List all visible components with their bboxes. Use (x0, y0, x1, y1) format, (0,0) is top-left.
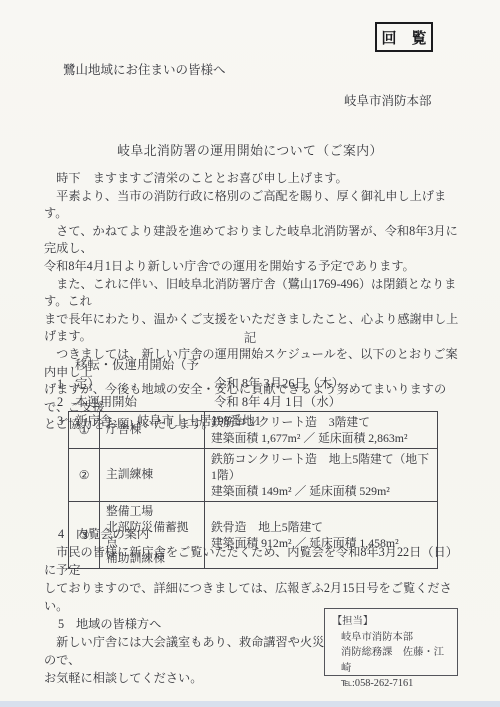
section-number: 5 (58, 615, 76, 633)
ki-marker: 記 (0, 328, 500, 346)
section-number: 4 (58, 525, 76, 543)
contact-box: 【担当】 岐阜市消防本部 消防総務課 佐藤・江崎 ℡:058-262-7161 (324, 608, 458, 676)
building-structure: 鉄筋コンクリート造 地上5階建て（地下1階） (211, 451, 431, 483)
building-structure: 鉄筋コンクリート造 3階建て (211, 414, 431, 430)
contact-org: 岐阜市消防本部 (341, 630, 450, 646)
section-heading-text: 地域の皆様方へ (76, 617, 161, 631)
building-name: 主訓練棟 (100, 449, 205, 502)
schedule-item-number: 2 (57, 393, 75, 412)
contact-tel: ℡:058-262-7161 (341, 676, 450, 692)
section-line: 市民の皆様に新庁舎をご覧いただくため、内覧会を令和8年3月22日（日）に予定 (44, 543, 466, 579)
body-line: 令和8年4月1日より新しい庁舎での運用を開始する予定であります。 (44, 258, 462, 276)
scan-edge-strip (0, 701, 500, 707)
recipient-line: 鷺山地域にお住まいの皆様へ (63, 60, 226, 78)
building-number: ① (69, 412, 100, 449)
body-line: 時下 ますますご清栄のこととお喜び申し上げます。 (44, 170, 462, 188)
building-detail: 鉄筋コンクリート造 3階建て 建築面積 1,677m² ／ 延床面積 2,863… (205, 412, 438, 449)
schedule-item-label: 本運用開始 (75, 393, 214, 412)
building-detail: 鉄筋コンクリート造 地上5階建て（地下1階） 建築面積 149m² ／ 延床面積… (205, 449, 438, 502)
body-line: また、これに伴い、旧岐阜北消防署庁舎（鷺山1769-496）は閉鎖となります。こ… (44, 276, 462, 311)
building-number: ② (69, 449, 100, 502)
schedule-item: 2本運用開始令和 8年 4月 1日（水） (57, 393, 344, 412)
scanned-notice-page: 回 覧 鷺山地域にお住まいの皆様へ 岐阜市消防本部 岐阜北消防署の運用開始につい… (0, 0, 500, 707)
schedule-item-number: 1 (57, 375, 75, 394)
kairan-circulation-stamp: 回 覧 (375, 22, 433, 52)
table-row: ① 庁舎棟 鉄筋コンクリート造 3階建て 建築面積 1,677m² ／ 延床面積… (69, 412, 438, 449)
building-area: 建築面積 149m² ／ 延床面積 529m² (211, 483, 431, 499)
building-name: 庁舎棟 (100, 412, 205, 449)
schedule-item-value: 令和 8年 3月26日（木） (214, 377, 344, 391)
schedule-item: 1移転・仮運用開始（予定）令和 8年 3月26日（木） (57, 356, 344, 393)
section-heading: 4内覧会の案内 (44, 525, 466, 543)
table-row: ② 主訓練棟 鉄筋コンクリート造 地上5階建て（地下1階） 建築面積 149m²… (69, 449, 438, 502)
body-line: 平素より、当市の消防行政に格別のご高配を賜り、厚く御礼申し上げます。 (44, 188, 462, 223)
building-area: 建築面積 1,677m² ／ 延床面積 2,863m² (211, 430, 431, 446)
contact-dept: 消防総務課 佐藤・江崎 (341, 645, 450, 676)
schedule-item-label: 移転・仮運用開始（予定） (75, 356, 214, 393)
document-title: 岐阜北消防署の運用開始について（ご案内） (0, 140, 500, 159)
sender-line: 岐阜市消防本部 (344, 91, 432, 109)
kairan-stamp-label: 回 覧 (381, 27, 426, 48)
section-heading-text: 内覧会の案内 (76, 527, 149, 541)
schedule-item-value: 令和 8年 4月 1日（水） (214, 395, 341, 409)
body-line: さて、かねてより建設を進めておりました岐阜北消防署が、令和8年3月に完成し、 (44, 223, 462, 258)
contact-header: 【担当】 (332, 614, 450, 630)
